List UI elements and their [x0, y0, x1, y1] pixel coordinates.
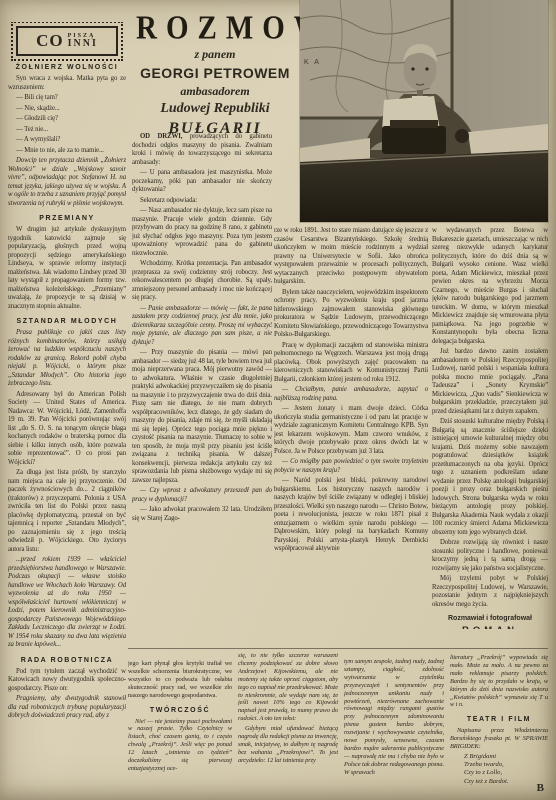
dialogue-line: — Bili cię tam?	[8, 94, 126, 103]
section-heading-tworczosc: TWÓRCZOŚĆ	[128, 707, 232, 714]
inkwell	[455, 129, 469, 143]
lead-words: OD DRZWI,	[140, 133, 182, 140]
bottom-column-3: tym samym zespole, żadnej nudy, żadnej s…	[344, 658, 444, 800]
headline-sub1: z panem	[130, 47, 300, 62]
verse-line: Z Brigidami	[464, 753, 548, 761]
interview-column-1: OD DRZWI, prowadzących do gabinetu docho…	[132, 133, 272, 659]
section-heading-przemiany: PRZEMIANY	[8, 215, 126, 222]
paragraph: Syn wraca z wojska. Matka pyta go ze wzr…	[8, 75, 126, 92]
dialogue-line: — A wymyślali?	[8, 136, 126, 145]
interview-answer: w wydawanych przez Botewa w Bukareszcie …	[432, 227, 548, 346]
interview-answer: — Jestem żonaty i mam dwoje dzieci. Córk…	[274, 405, 428, 456]
verse-line: Trzeba twardo,	[464, 761, 548, 769]
paragraph: W drugim już artykule dyskusyjnym tygodn…	[8, 226, 126, 311]
quote-paragraph: tym samym zespole, żadnej nudy, żadnej s…	[344, 658, 444, 777]
map-label: K A	[304, 59, 321, 66]
section-heading-sztandar-mlodych: SZTANDAR MŁODYCH	[8, 318, 126, 325]
paragraph: Za długa jest lista próśb, by starczyło …	[8, 469, 126, 554]
verse-line: Czy to z Lollo,	[464, 769, 548, 777]
desk-top	[300, 150, 548, 222]
paragraph: — Nasz ambasador nie dyktuje, lecz sam p…	[132, 207, 272, 258]
headline-title: ROZMOWA	[130, 10, 300, 48]
paragraph: Dowcip ten przytacza dziennik „Żołnierz …	[8, 157, 126, 208]
quote-paragraph: Gdybym miał ufundować bieżącą nagrodę dl…	[238, 725, 338, 765]
bottom-column-2: się, to nie tylko szczerze wzruszeni chc…	[238, 652, 338, 800]
interview-column-3: w wydawanych przez Botewa w Bukareszcie …	[432, 227, 548, 629]
co-pisza-inni-logo: CO PISZĄ INNI	[16, 26, 118, 56]
interview-question: — Czy wprost z adwokatury przeszedł pan …	[132, 487, 272, 504]
article-headline: ROZMOWA z panem GEORGI PETROWEM ambasado…	[130, 6, 300, 141]
headline-ambassador-name: GEORGI PETROWEM	[130, 65, 300, 81]
interview-answer: Dziś stosunki kulturalne między Polską i…	[432, 418, 548, 537]
interview-answer: — Jako adwokat pracowałem 32 lata. Urodz…	[132, 506, 272, 523]
dialogue-line: — Mnie to nie, ale za to mamie...	[8, 147, 126, 156]
page-signature-letter: B	[537, 782, 544, 794]
typewriter	[382, 126, 446, 154]
left-feature-column: CO PISZĄ INNI ŻOŁNIERZ WOLNOŚCI Syn wrac…	[8, 22, 126, 794]
paragraph: Prasa publikuje co jakiś czas listy różn…	[8, 329, 126, 389]
paragraph: Nie! — nie jesteśmy psuci pochwałami w n…	[128, 718, 232, 773]
dialogue-line: — Nie, skądże...	[8, 105, 126, 114]
paragraph: jego kart płynął głos krytyki trafiał we…	[128, 660, 232, 700]
interview-question: — Panie ambasadorze — mówię — fakt, że p…	[132, 305, 272, 348]
byline: Rozmawiał i fotografował ROMAN BURZYŃSKI	[432, 615, 548, 629]
verse-line: Czy też z Bardot.	[464, 778, 548, 786]
interview-question: — Chciałbym, panie ambasadorze, zapytać …	[274, 386, 428, 403]
ambassador-photo: K A	[300, 0, 548, 222]
interview-answer: Pracę w dyplomacji zacząłem od stanowisk…	[274, 342, 428, 385]
newspaper-page: CO PISZĄ INNI ŻOŁNIERZ WOLNOŚCI Syn wrac…	[0, 0, 556, 800]
paragraph: Pragniemy, aby dwutygodnik stanowił dla …	[8, 695, 126, 721]
quote-paragraph: literatury „Przekrój” wypowiada się mało…	[450, 654, 548, 709]
logo-right-text: PISZĄ INNI	[68, 33, 98, 49]
lead-paragraph: OD DRZWI, prowadzących do gabinetu docho…	[132, 133, 272, 167]
paragraph: ...przed rokiem 1939 — właściciel przeds…	[8, 556, 126, 650]
paragraph: Pod tym tytułem zaczął wychodzić w Katow…	[8, 668, 126, 694]
paragraph: — U pana ambasadora jest maszynistka. Mo…	[132, 169, 272, 195]
interview-column-2: rze w roku 1891. Jest to stare miasto da…	[274, 227, 428, 645]
byline-author-name: ROMAN BURZYŃSKI	[432, 625, 548, 629]
paragraph: Adresowany był do American Polish Societ…	[8, 391, 126, 468]
dialogue-line: — Też nie...	[8, 126, 126, 135]
interview-answer: Dobrze rozwijają się również i nasze sto…	[432, 539, 548, 573]
logo-co-text: CO	[36, 31, 64, 51]
paragraph: Sekretarz odpowiada:	[132, 197, 272, 206]
logo-inni-text: INNI	[68, 39, 98, 49]
section-heading-rada-robotnicza: RADA ROBOTNICZA	[8, 657, 126, 664]
dialogue-line: — Głodzili cię?	[8, 115, 126, 124]
interview-answer: Byłem także nauczycielem, wojewódzkim in…	[274, 289, 428, 340]
bottom-column-1: jego kart płynął głos krytyki trafiał we…	[128, 660, 232, 800]
photo-illustration: K A	[300, 0, 548, 222]
fraszka-verse: Z Brigidami Trzeba twardo, Czy to z Loll…	[464, 753, 548, 786]
interview-answer: rze w roku 1891. Jest to stare miasto da…	[274, 227, 428, 287]
section-heading-teatr-i-film: TEATR I FILM	[450, 716, 548, 723]
paragraph: Napisana przez Włodzimierza Boruńskiego …	[450, 727, 548, 751]
headline-sub3: Ludowej Republiki	[130, 101, 300, 117]
interview-answer: — Naród polski jest bliski, pokrewny nar…	[274, 477, 428, 554]
byline-label: Rozmawiał i fotografował	[432, 615, 548, 622]
interview-answer: — Przy maszynie do pisania — mówi pan am…	[132, 349, 272, 485]
interview-question: — Co mógłby pan powiedzieć o tym swoim t…	[274, 458, 428, 475]
section-heading-zolnierz-wolnosci: ŻOŁNIERZ WOLNOŚCI	[8, 64, 126, 71]
paragraph: Wchodzimy. Krótka prezentacja. Pan ambas…	[132, 260, 272, 303]
horizontal-divider	[128, 648, 548, 649]
interview-answer: Już bardzo dawno zanim zostałem ambasado…	[432, 348, 548, 416]
headline-sub2: ambasadorem	[130, 84, 300, 99]
bottom-column-4: literatury „Przekrój” wypowiada się mało…	[450, 654, 548, 800]
paragraph: się, to nie tylko szczerze wzruszeni chc…	[238, 652, 338, 723]
interview-answer: Mój trzyletni pobyt w Polskiej Rzeczypos…	[432, 575, 548, 609]
